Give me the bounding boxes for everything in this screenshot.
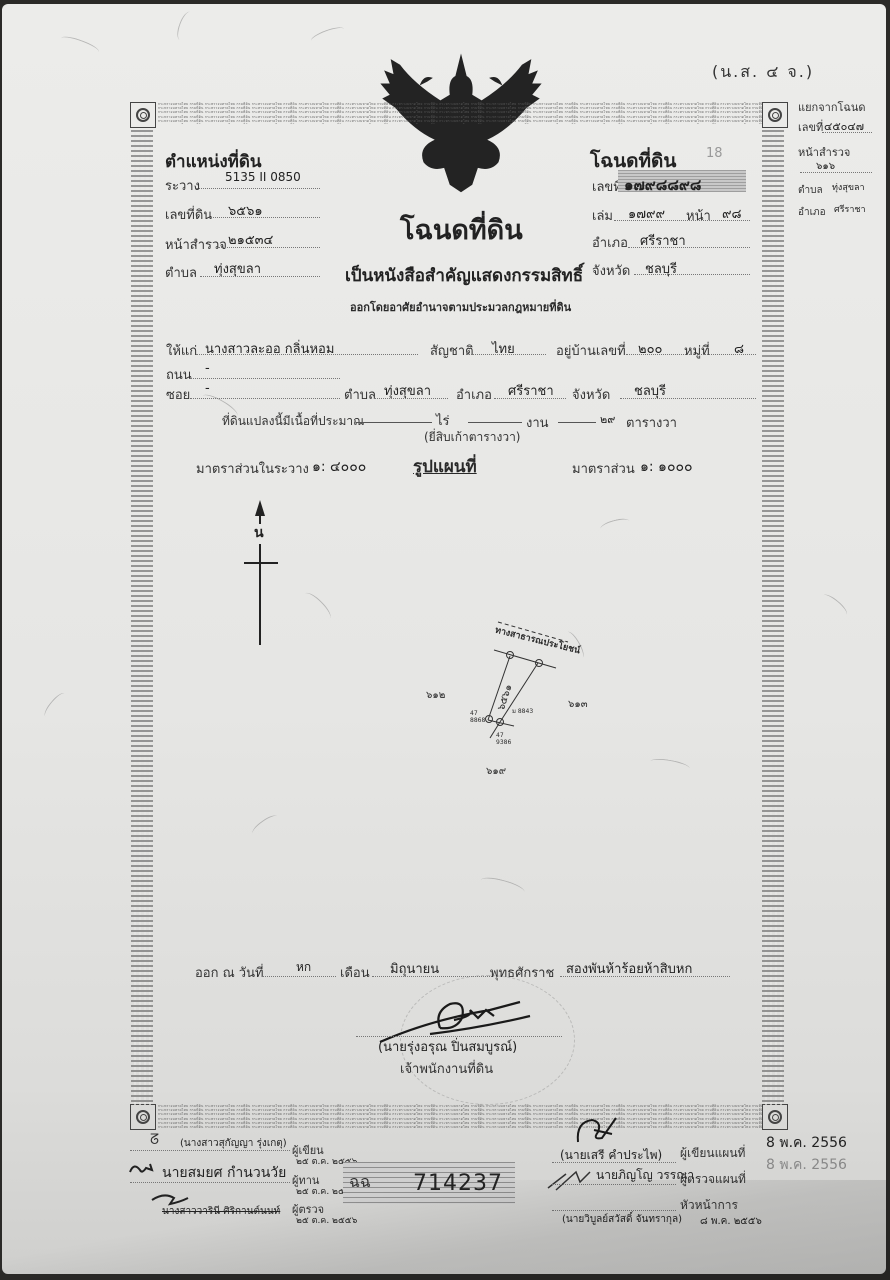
land-subdistrict-label: ตำบล	[165, 262, 197, 283]
chief-date: ๘ พ.ค. ๒๕๕๖	[700, 1214, 762, 1229]
officer-name: (นายรุ่งอรุณ ปิ่นสมบูรณ์)	[378, 1036, 517, 1057]
dotted-line	[374, 398, 448, 399]
sqwa-value: ๒๙	[600, 410, 615, 428]
dotted-line	[560, 976, 730, 977]
north-arrow-icon	[240, 500, 290, 650]
separated-from-label: แยกจากโฉนด	[798, 98, 866, 116]
serial-prefix: ฉฉ	[349, 1170, 371, 1195]
house-no-label: อยู่บ้านเลขที่	[556, 340, 626, 361]
dotted-line	[552, 1184, 676, 1185]
month-label: เดือน	[340, 962, 370, 983]
deed-number-value: ๑๗๙๘๘๙๘	[624, 173, 702, 197]
map-checker-date-stamp: 8 พ.ค. 2556	[766, 1154, 847, 1176]
book-label: เล่ม	[592, 205, 613, 226]
sqwa-line	[558, 422, 596, 423]
dotted-line	[190, 378, 340, 379]
issued-by-text: ออกโดยอาศัยอำนาจตามประมวลกฎหมายที่ดิน	[350, 298, 571, 316]
dotted-line	[218, 247, 320, 248]
neighbor-parcel-south: ๖๑๙	[486, 764, 506, 779]
sqwa-label: ตารางวา	[626, 412, 677, 433]
area-note: (ยี่สิบเก้าตารางวา)	[424, 428, 521, 447]
dotted-line	[196, 354, 418, 355]
corner-ornament-icon	[762, 102, 788, 128]
map-scale-label: มาตราส่วน	[572, 458, 635, 479]
dotted-line	[626, 354, 756, 355]
chief-name: (นายวิบูลย์สวัสดิ์ จันทรากุล)	[562, 1212, 682, 1227]
to-label: ให้แก่	[166, 340, 197, 361]
survey-page-label: หน้าสำรวจ	[165, 234, 227, 255]
north-label: น	[254, 522, 264, 544]
neighbor-parcel-west: ๖๑๒	[426, 688, 445, 703]
initial-signature	[128, 1160, 158, 1178]
corner-ornament-icon	[130, 1104, 156, 1130]
rai-line	[356, 422, 432, 423]
map-writer-signature	[572, 1112, 622, 1150]
sheet-scale-label: มาตราส่วนในระวาง	[196, 458, 309, 479]
deed-province-label: จังหวัด	[592, 260, 630, 281]
dotted-line	[628, 247, 750, 248]
dotted-line	[210, 217, 320, 218]
sheet-scale-value: ๑: ๔๐๐๐	[312, 456, 366, 478]
neighbor-parcel-east: ๖๑๓	[568, 697, 588, 712]
map-title: รูปแผนที่	[413, 453, 477, 480]
chief-role: หัวหน้าการ	[680, 1196, 738, 1215]
ngan-label: งาน	[526, 412, 549, 433]
area-intro: ที่ดินแปลงนี้มีเนื้อที่ประมาณ	[222, 412, 364, 431]
moo-label: หมู่ที่	[684, 340, 710, 361]
owner-subdistrict-label: ตำบล	[344, 384, 376, 405]
dotted-line	[494, 398, 566, 399]
map-checker-role: ผู้ตรวจแผนที่	[680, 1170, 746, 1189]
security-pattern-bottom: กระทรวงมหาดไทย กรมที่ดิน กระทรวงมหาดไทย …	[158, 1104, 762, 1128]
document-subtitle: เป็นหนังสือสำคัญแสดงกรรมสิทธิ์	[345, 262, 583, 289]
dotted-line	[130, 1150, 290, 1151]
dotted-line	[822, 132, 872, 133]
nationality-label: สัญชาติ	[430, 340, 474, 361]
owner-province-label: จังหวัด	[572, 384, 610, 405]
sheet-label: ระวาง	[165, 175, 200, 196]
dotted-line	[196, 188, 320, 189]
side-subdistrict-label: ตำบล	[798, 183, 823, 198]
checker-name: นายสมยศ กำนวนวัย	[162, 1162, 286, 1184]
sheet-value: 5135 II 0850	[225, 170, 301, 184]
ngan-line	[468, 422, 522, 423]
initial-mark: ᘔ	[150, 1132, 159, 1148]
reviewer-date: ๒๕ ต.ค. ๒๕๕๖	[296, 1213, 357, 1227]
marker-label: 47 9386	[496, 732, 518, 746]
soi-value: -	[205, 381, 210, 396]
issued-date-label: ออก ณ วันที่	[195, 962, 264, 983]
security-pattern-right	[762, 130, 784, 1105]
side-subdistrict-value: ทุ่งสุขลา	[832, 180, 865, 194]
dotted-line	[262, 976, 336, 977]
handwritten-note: 18	[706, 146, 723, 161]
map-scale-value: ๑: ๑๐๐๐	[640, 456, 693, 478]
road-label: ถนน	[166, 364, 192, 385]
security-pattern-top: กระทรวงมหาดไทย กรมที่ดิน กระทรวงมหาดไทย …	[158, 102, 762, 124]
corner-ornament-icon	[130, 102, 156, 128]
soi-label: ซอย	[166, 384, 190, 405]
dotted-line	[552, 1162, 676, 1163]
dotted-line	[466, 354, 546, 355]
house-no-value: ๒๐๐	[638, 338, 662, 359]
nationality-value: ไทย	[492, 338, 515, 359]
dotted-line	[130, 1182, 290, 1183]
side-district-label: อำเภอ	[798, 205, 826, 220]
writer-name: (นางสาวสุกัญญา รุ่งเกตุ)	[180, 1136, 287, 1151]
map-checker-signature	[546, 1168, 594, 1192]
map-writer-role: ผู้เขียนแผนที่	[680, 1144, 745, 1163]
dotted-line	[800, 172, 872, 173]
dotted-line	[634, 274, 750, 275]
dotted-line	[552, 1210, 676, 1211]
dotted-line	[200, 276, 320, 277]
map-writer-date-stamp: 8 พ.ค. 2556	[766, 1132, 847, 1154]
side-district-value: ศรีราชา	[834, 202, 866, 216]
owner-name: นางสาวละออ กลิ่นหอม	[205, 338, 334, 359]
serial-number: 714237	[413, 1171, 503, 1196]
dotted-line	[620, 398, 756, 399]
owner-district-label: อำเภอ	[456, 384, 492, 405]
page-label: หน้า	[686, 205, 711, 226]
parcel-label: เลขที่ดิน	[165, 204, 212, 225]
side-number-label: เลขที่	[798, 118, 823, 136]
issued-day: หก	[296, 958, 311, 977]
officer-title: เจ้าพนักงานที่ดิน	[400, 1058, 493, 1079]
deed-province-value: ชลบุรี	[645, 258, 677, 279]
corner-ornament-icon	[762, 1104, 788, 1130]
reviewer-name: นางสาววารินี ศิริกานต์นนท์	[162, 1204, 280, 1219]
form-code: (น.ส. ๔ จ.)	[712, 60, 814, 85]
marker-label: ม 8843	[512, 708, 534, 715]
document-title: โฉนดที่ดิน	[400, 208, 523, 251]
moo-value: ๘	[734, 338, 744, 359]
marker-label: 47 8868	[470, 710, 494, 724]
security-pattern-left	[131, 130, 153, 1105]
serial-number-box: ฉฉ 714237	[343, 1162, 515, 1204]
deed-district-label: อำเภอ	[592, 232, 628, 253]
road-value: -	[205, 361, 210, 376]
dotted-line	[614, 220, 750, 221]
dotted-line	[190, 398, 340, 399]
